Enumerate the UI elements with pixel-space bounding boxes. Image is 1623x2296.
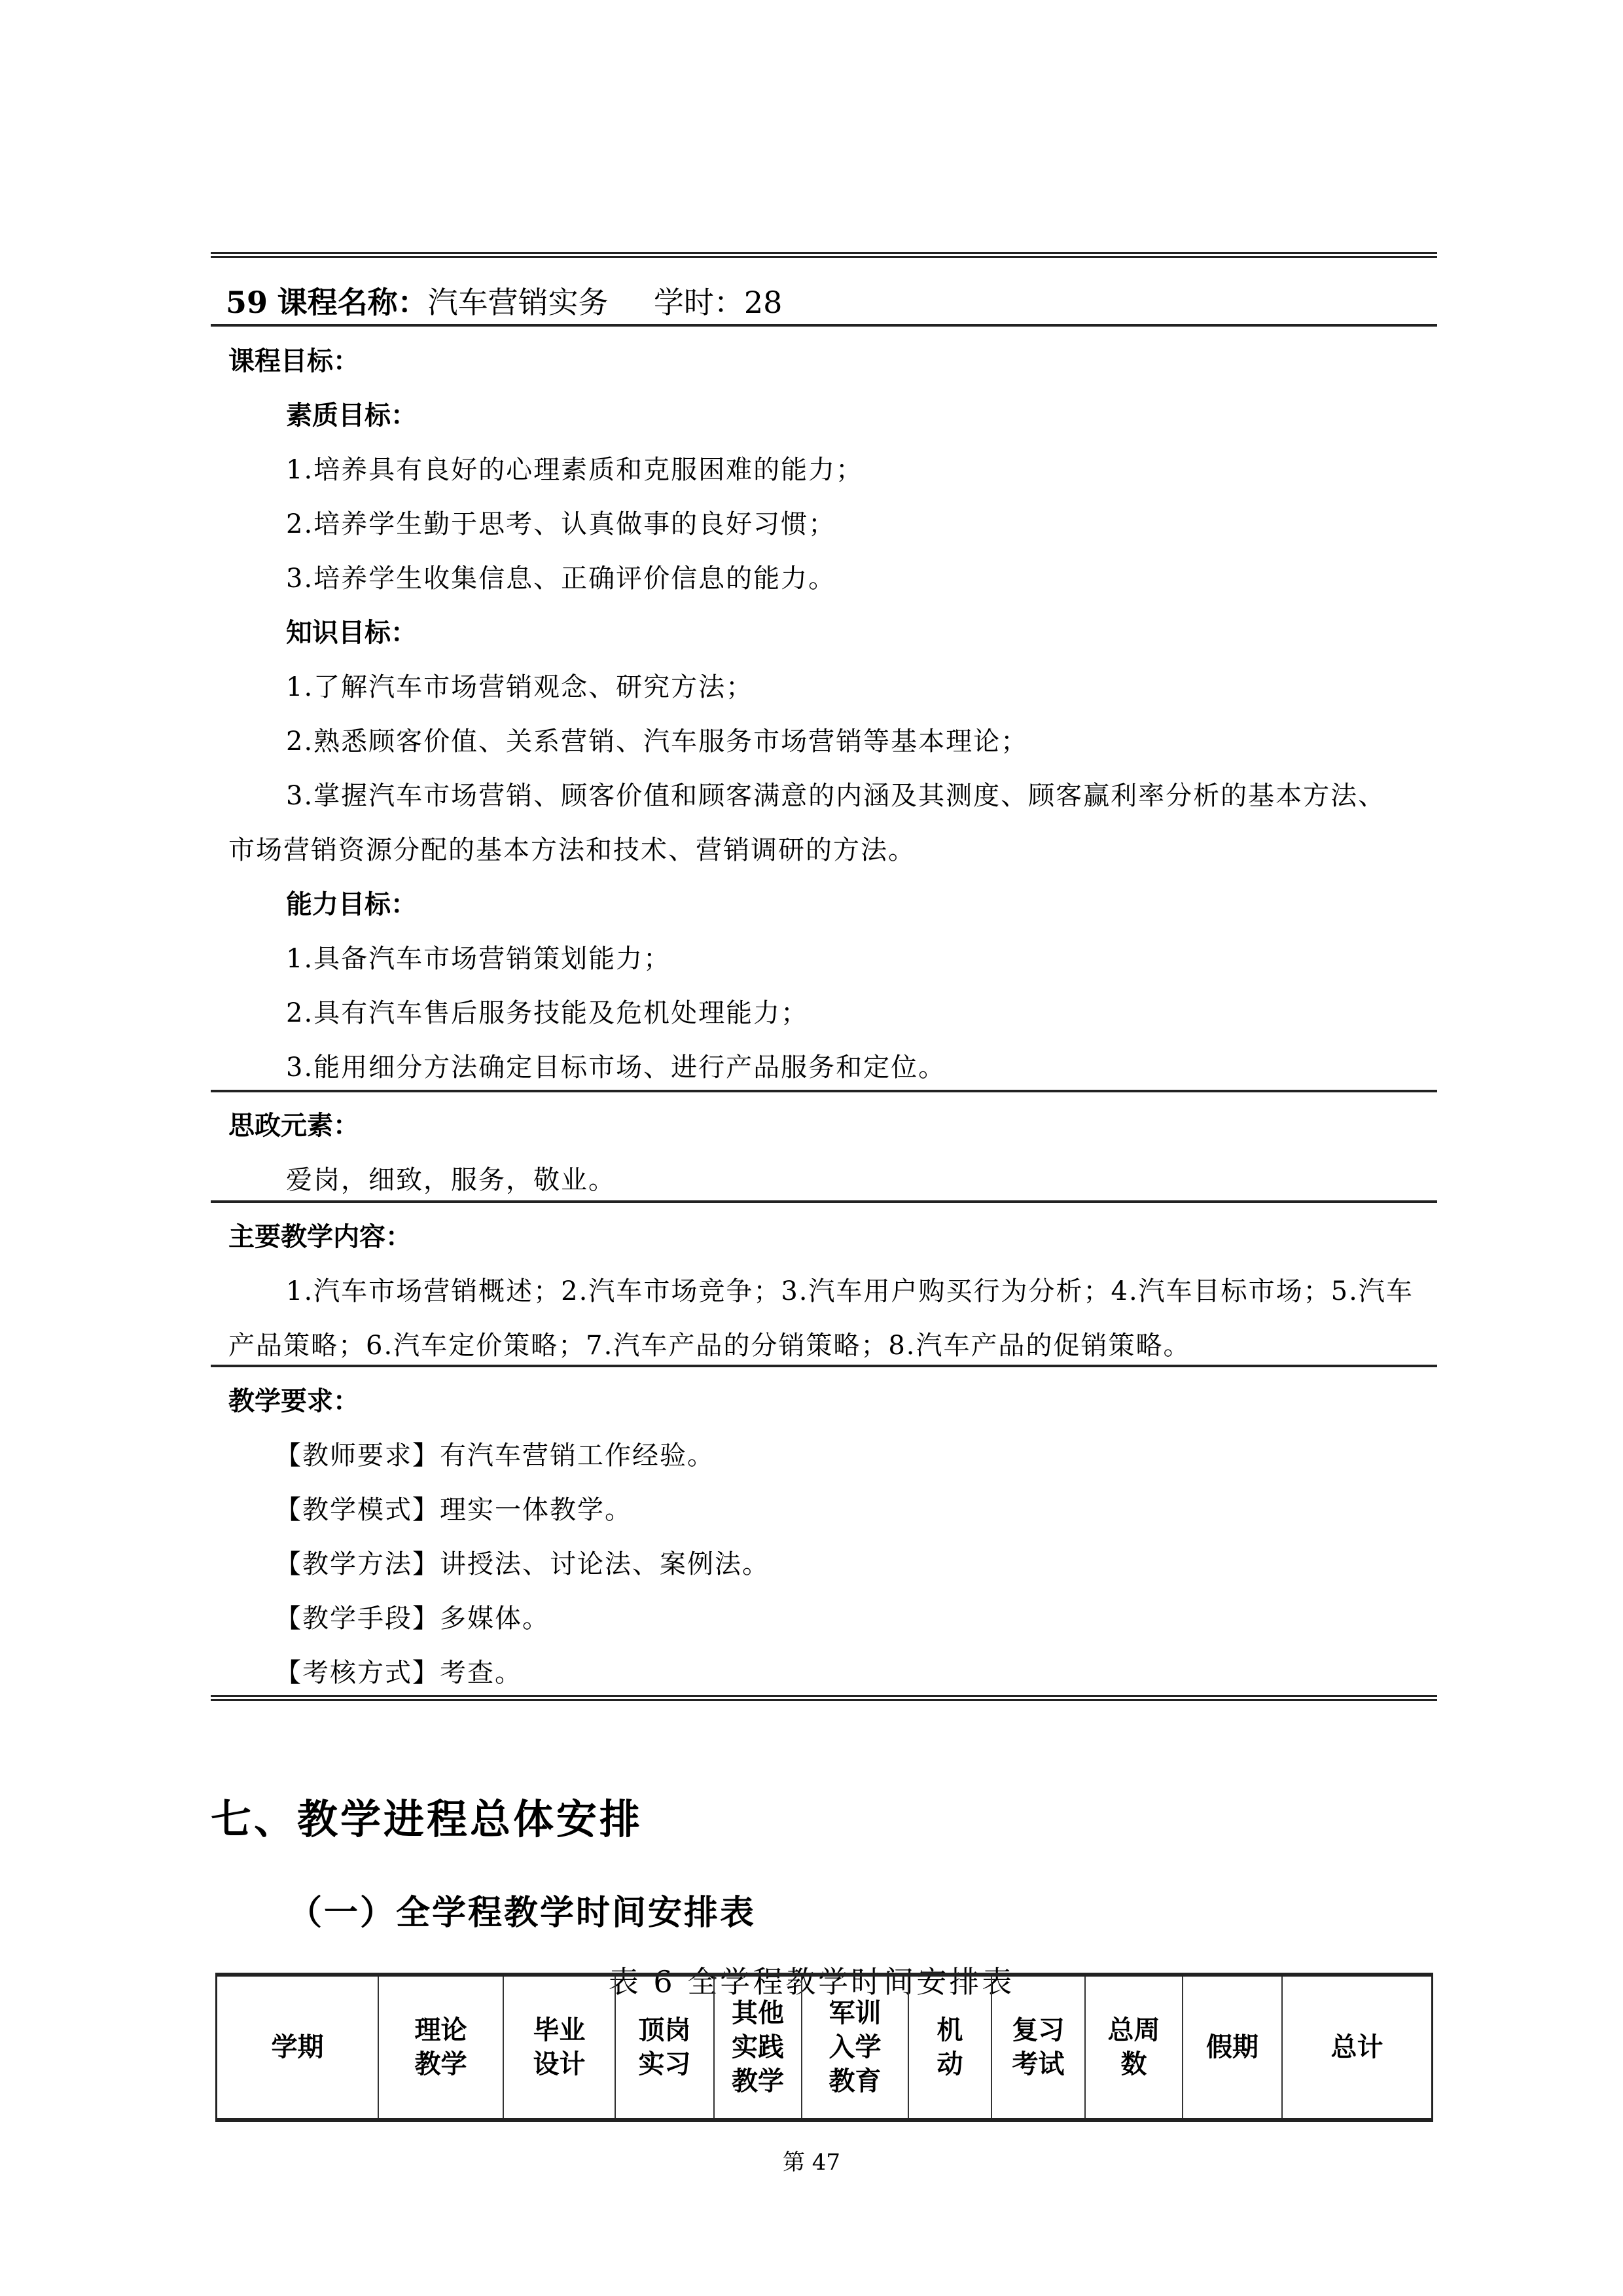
- table-header-row: 学期 理论 教学 毕业 设计 顶岗 实习 其他 实践 教学 军训 入学 教育 机…: [217, 1975, 1433, 2120]
- ideology-label: 思政元素：: [228, 1110, 359, 1141]
- knowledge-item: 1.了解汽车市场营销观念、研究方法；: [286, 672, 753, 703]
- header-military-training: 军训 入学 教育: [802, 1975, 908, 2120]
- section-divider: [211, 1365, 1437, 1367]
- requirement-item: 【教师要求】有汽车营销工作经验。: [275, 1440, 715, 1471]
- course-number: 59: [226, 285, 268, 320]
- quality-item: 2.培养学生勤于思考、认真做事的良好习惯；: [286, 509, 836, 540]
- header-theory: 理论 教学: [378, 1975, 503, 2120]
- knowledge-item: 2.熟悉顾客价值、关系营销、汽车服务市场营销等基本理论；: [286, 726, 1028, 757]
- header-other-practice: 其他 实践 教学: [714, 1975, 802, 2120]
- knowledge-item-continued: 市场营销资源分配的基本方法和技术、营销调研的方法。: [228, 834, 916, 866]
- ability-item: 2.具有汽车售后服务技能及危机处理能力；: [286, 997, 808, 1029]
- knowledge-objectives-label: 知识目标：: [286, 617, 417, 649]
- requirement-item: 【考核方式】考查。: [275, 1657, 522, 1689]
- quality-objectives-label: 素质目标：: [286, 400, 417, 431]
- top-double-rule: [211, 252, 1437, 258]
- knowledge-item: 3.掌握汽车市场营销、顾客价值和顾客满意的内涵及其测度、顾客赢利率分析的基本方法…: [286, 780, 1385, 812]
- requirements-label: 教学要求：: [228, 1386, 359, 1417]
- content-line: 产品策略；6.汽车定价策略；7.汽车产品的分销策略；8.汽车产品的促销策略。: [228, 1330, 1191, 1361]
- header-review-exam: 复习 考试: [991, 1975, 1085, 2120]
- header-total-weeks: 总周 数: [1085, 1975, 1183, 2120]
- course-hours: 28: [744, 285, 783, 320]
- quality-item: 3.培养学生收集信息、正确评价信息的能力。: [286, 563, 836, 594]
- header-vacation: 假期: [1183, 1975, 1282, 2120]
- course-name-label: 课程名称：: [277, 285, 428, 320]
- title-divider: [211, 324, 1437, 327]
- ability-item: 3.能用细分方法确定目标市场、进行产品服务和定位。: [286, 1052, 946, 1083]
- quality-item: 1.培养具有良好的心理素质和克服困难的能力；: [286, 454, 863, 486]
- ability-objectives-label: 能力目标：: [286, 889, 417, 920]
- content-label: 主要教学内容：: [228, 1221, 412, 1253]
- page-number: 第 47: [0, 2148, 1623, 2177]
- schedule-table: 学期 理论 教学 毕业 设计 顶岗 实习 其他 实践 教学 军训 入学 教育 机…: [215, 1973, 1433, 2122]
- requirement-item: 【教学模式】理实一体教学。: [275, 1494, 632, 1526]
- content-line: 1.汽车市场营销概述；2.汽车市场竞争；3.汽车用户购买行为分析；4.汽车目标市…: [286, 1276, 1414, 1307]
- header-semester: 学期: [217, 1975, 379, 2120]
- bottom-double-rule: [211, 1695, 1437, 1701]
- course-name: 汽车营销实务: [428, 285, 609, 320]
- requirement-item: 【教学方法】讲授法、讨论法、案例法。: [275, 1549, 770, 1580]
- header-internship: 顶岗 实习: [615, 1975, 714, 2120]
- section-subheading: （一）全学程教学时间安排表: [288, 1890, 756, 1936]
- ideology-text: 爱岗，细致，服务，敬业。: [286, 1164, 616, 1196]
- requirement-item: 【教学手段】多媒体。: [275, 1603, 550, 1634]
- section-divider: [211, 1090, 1437, 1092]
- section-heading: 七、教学进程总体安排: [211, 1793, 643, 1846]
- objectives-label: 课程目标：: [228, 346, 359, 377]
- ability-item: 1.具备汽车市场营销策划能力；: [286, 943, 671, 975]
- header-flexible: 机 动: [908, 1975, 991, 2120]
- section-divider: [211, 1200, 1437, 1203]
- document-page: 59 课程名称：汽车营销实务 学时：28 课程目标： 素质目标： 1.培养具有良…: [0, 0, 1623, 2296]
- header-total: 总计: [1282, 1975, 1433, 2120]
- course-hours-label: 学时：: [654, 285, 744, 320]
- course-title: 59 课程名称：汽车营销实务 学时：28: [226, 284, 782, 321]
- header-graduation-design: 毕业 设计: [503, 1975, 615, 2120]
